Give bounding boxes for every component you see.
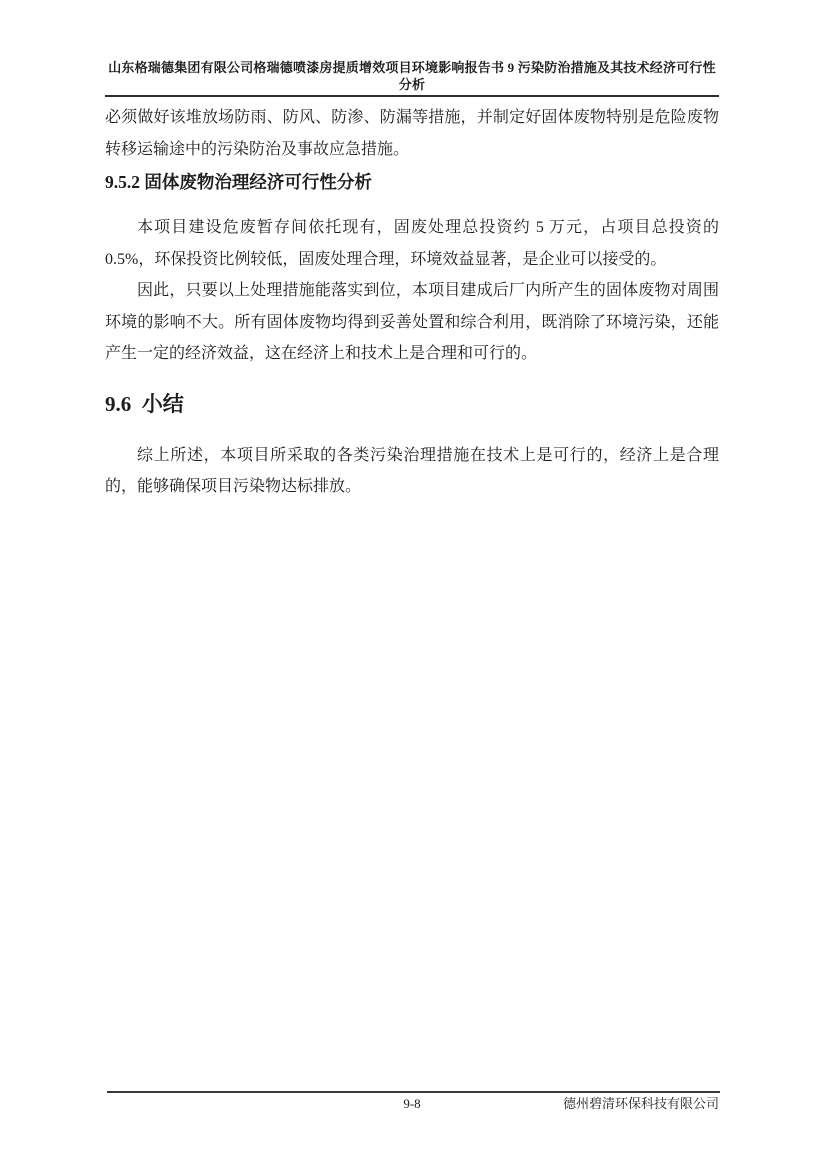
document-page: 山东格瑞德集团有限公司格瑞德喷漆房提质增效项目环境影响报告书 9 污染防治措施及…	[0, 0, 827, 1169]
footer-divider	[107, 1091, 720, 1093]
paragraph-environmental-effect: 因此，只要以上处理措施能落实到位，本项目建成后厂内所产生的固体废物对周围环境的影…	[105, 275, 719, 370]
heading-9-6: 9.6 小结	[105, 389, 719, 419]
footer-company-name: 德州碧清环保科技有限公司	[105, 1095, 719, 1112]
paragraph-summary: 综上所述，本项目所采取的各类污染治理措施在技术上是可行的，经济上是合理的，能够确…	[105, 440, 719, 503]
document-body: 必须做好该堆放场防雨、防风、防渗、防漏等措施，并制定好固体废物特别是危险废物转移…	[105, 79, 719, 503]
paragraph-investment-feasibility: 本项目建设危废暂存间依托现有，固废处理总投资约 5 万元，占项目总投资的 0.5…	[105, 212, 719, 275]
heading-9-5-2: 9.5.2 固体废物治理经济可行性分析	[105, 169, 719, 195]
paragraph-waste-storage-measures: 必须做好该堆放场防雨、防风、防渗、防漏等措施，并制定好固体废物特别是危险废物转移…	[105, 102, 719, 165]
